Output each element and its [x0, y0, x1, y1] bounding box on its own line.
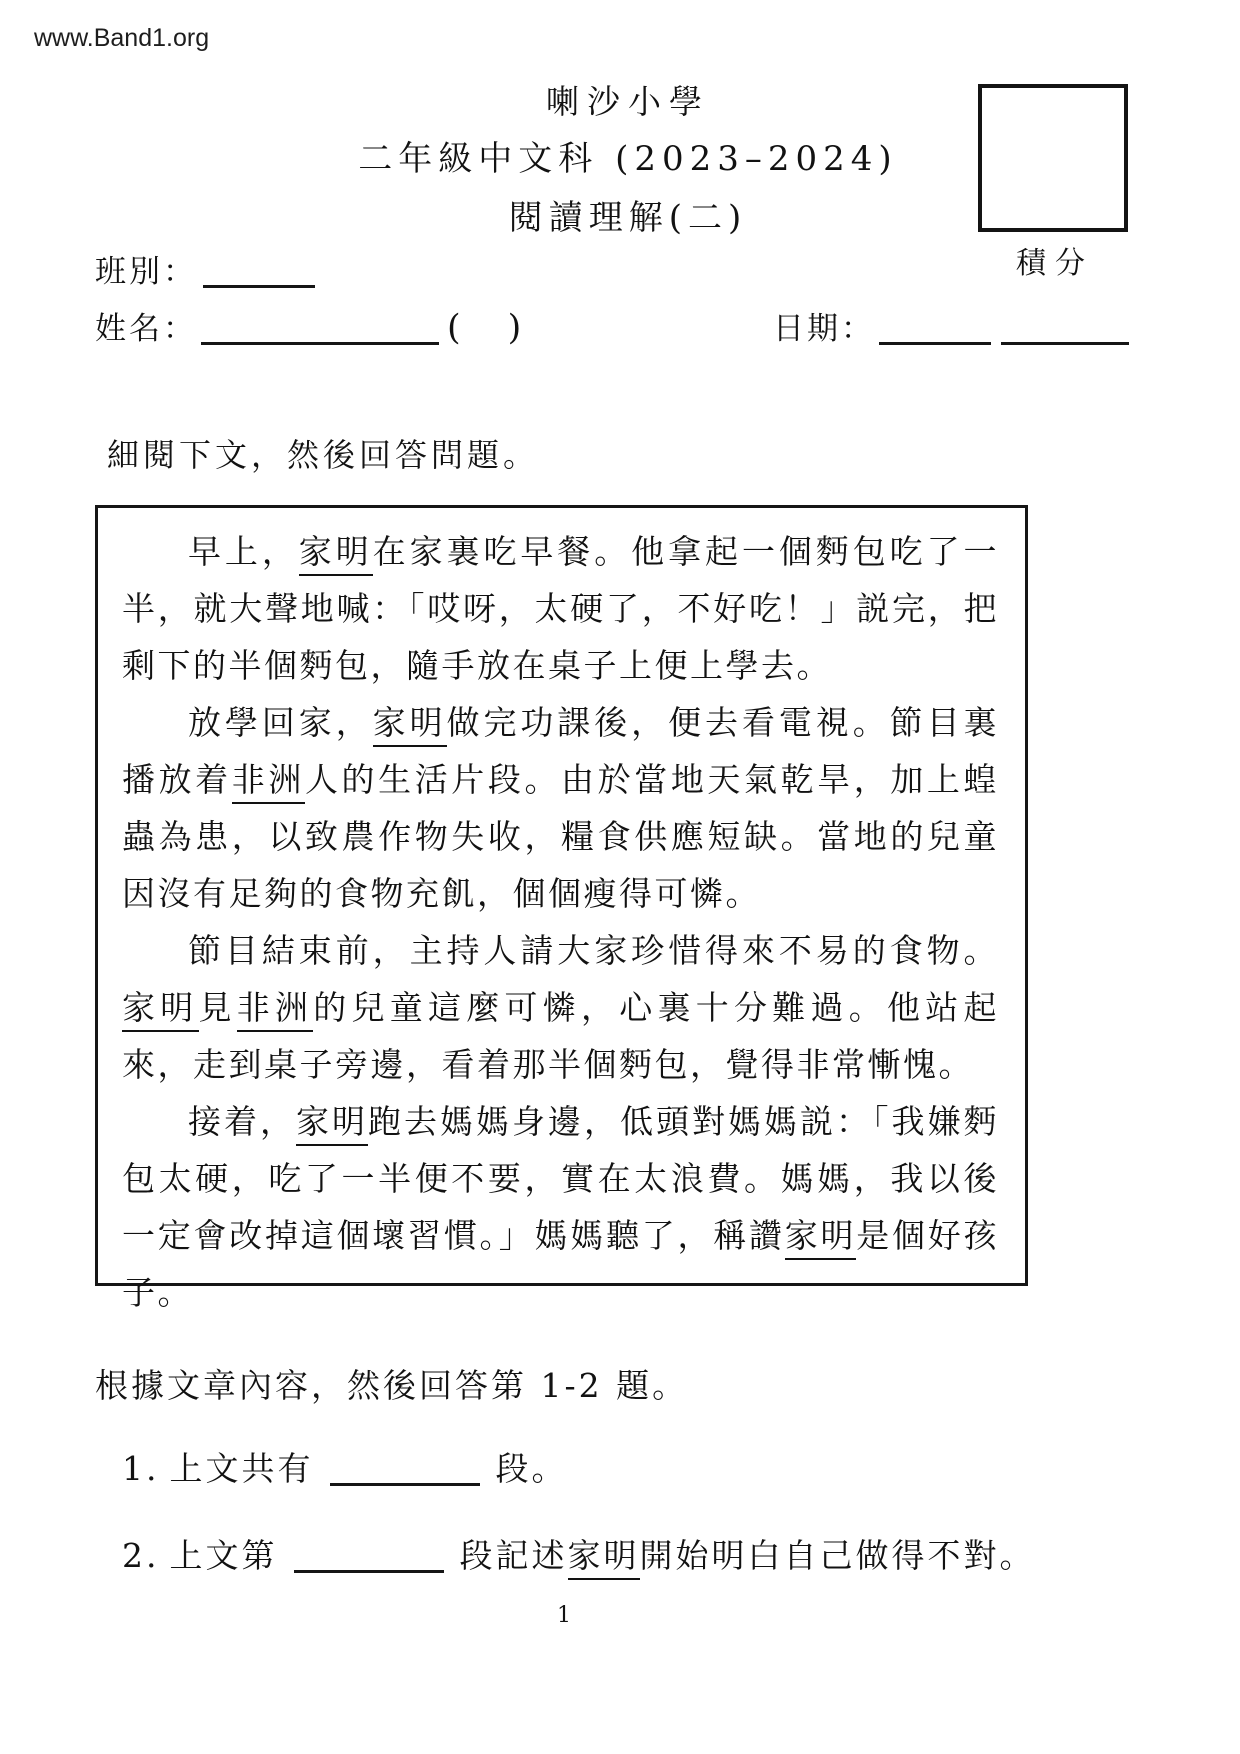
question-text: 上文第 [170, 1536, 278, 1575]
passage-paragraphs: 早上，家明在家裏吃早餐。他拿起一個麪包吃了一半，就大聲地喊：「哎呀，太硬了，不好… [122, 523, 999, 1321]
class-label: 班別： [95, 254, 197, 290]
answer-blank[interactable] [330, 1453, 480, 1486]
score-box-label: 積分 [985, 238, 1125, 282]
name-blank[interactable] [201, 312, 439, 345]
class-blank[interactable] [203, 255, 315, 288]
class-number-paren-open: ( [447, 308, 464, 348]
name-row: 姓名：() [95, 303, 524, 348]
underlined-name: 家明 [373, 703, 447, 747]
page-number: 1 [0, 1603, 1128, 1628]
question-text: 上文共有 [170, 1449, 314, 1488]
questions-list: 1.上文共有段。2.上文第段記述家明開始明白自己做得不對。 [122, 1443, 1182, 1617]
underlined-name: 非洲 [232, 760, 305, 804]
underlined-name: 家明 [299, 532, 373, 576]
underlined-name: 家明 [568, 1536, 640, 1580]
question-number: 1. [122, 1449, 160, 1488]
date-label: 日期： [773, 311, 875, 347]
passage-text: 見 [199, 988, 237, 1027]
passage-text: 放學回家， [188, 703, 373, 742]
date-row: 日期： [773, 303, 1129, 348]
date-blank[interactable] [879, 312, 991, 345]
passage-paragraph: 接着，家明跑去媽媽身邊，低頭對媽媽説：「我嫌麪包太硬，吃了一半便不要，實在太浪費… [122, 1093, 999, 1321]
passage-box: 早上，家明在家裏吃早餐。他拿起一個麪包吃了一半，就大聲地喊：「哎呀，太硬了，不好… [95, 505, 1028, 1286]
class-number-paren-close: ) [508, 308, 525, 348]
underlined-name: 家明 [122, 988, 199, 1032]
score-box [978, 84, 1128, 232]
underlined-name: 家明 [296, 1102, 368, 1146]
question-text: 開始明白自己做得不對。 [640, 1536, 1036, 1575]
question-text: 段。 [496, 1449, 568, 1488]
question-2: 2.上文第段記述家明開始明白自己做得不對。 [122, 1530, 1182, 1582]
watermark: www.Band1.org [34, 24, 209, 53]
passage-text: 早上， [188, 532, 299, 571]
passage-paragraph: 節目結束前，主持人請大家珍惜得來不易的食物。家明見非洲的兒童這麼可憐，心裏十分難… [122, 922, 999, 1093]
question-number: 2. [122, 1536, 160, 1575]
passage-paragraph: 早上，家明在家裏吃早餐。他拿起一個麪包吃了一半，就大聲地喊：「哎呀，太硬了，不好… [122, 523, 999, 694]
answer-blank[interactable] [294, 1540, 444, 1573]
questions-intro: 根據文章內容，然後回答第 1-2 題。 [95, 1360, 688, 1407]
question-1: 1.上文共有段。 [122, 1443, 1182, 1495]
date-blank-2[interactable] [1001, 312, 1129, 345]
passage-text: 接着， [188, 1102, 296, 1141]
name-label: 姓名： [95, 311, 197, 347]
passage-paragraph: 放學回家，家明做完功課後，便去看電視。節目裏播放着非洲人的生活片段。由於當地天氣… [122, 694, 999, 922]
passage-text: 節目結束前，主持人請大家珍惜得來不易的食物。 [188, 931, 999, 970]
class-row: 班別： [95, 246, 315, 291]
worksheet-page: www.Band1.org 喇沙小學 二年級中文科 (2023–2024) 閱讀… [0, 0, 1240, 1754]
underlined-name: 家明 [785, 1216, 857, 1260]
question-text: 段記述 [460, 1536, 568, 1575]
reading-instruction: 細閱下文，然後回答問題。 [107, 430, 539, 476]
underlined-name: 非洲 [237, 988, 314, 1032]
